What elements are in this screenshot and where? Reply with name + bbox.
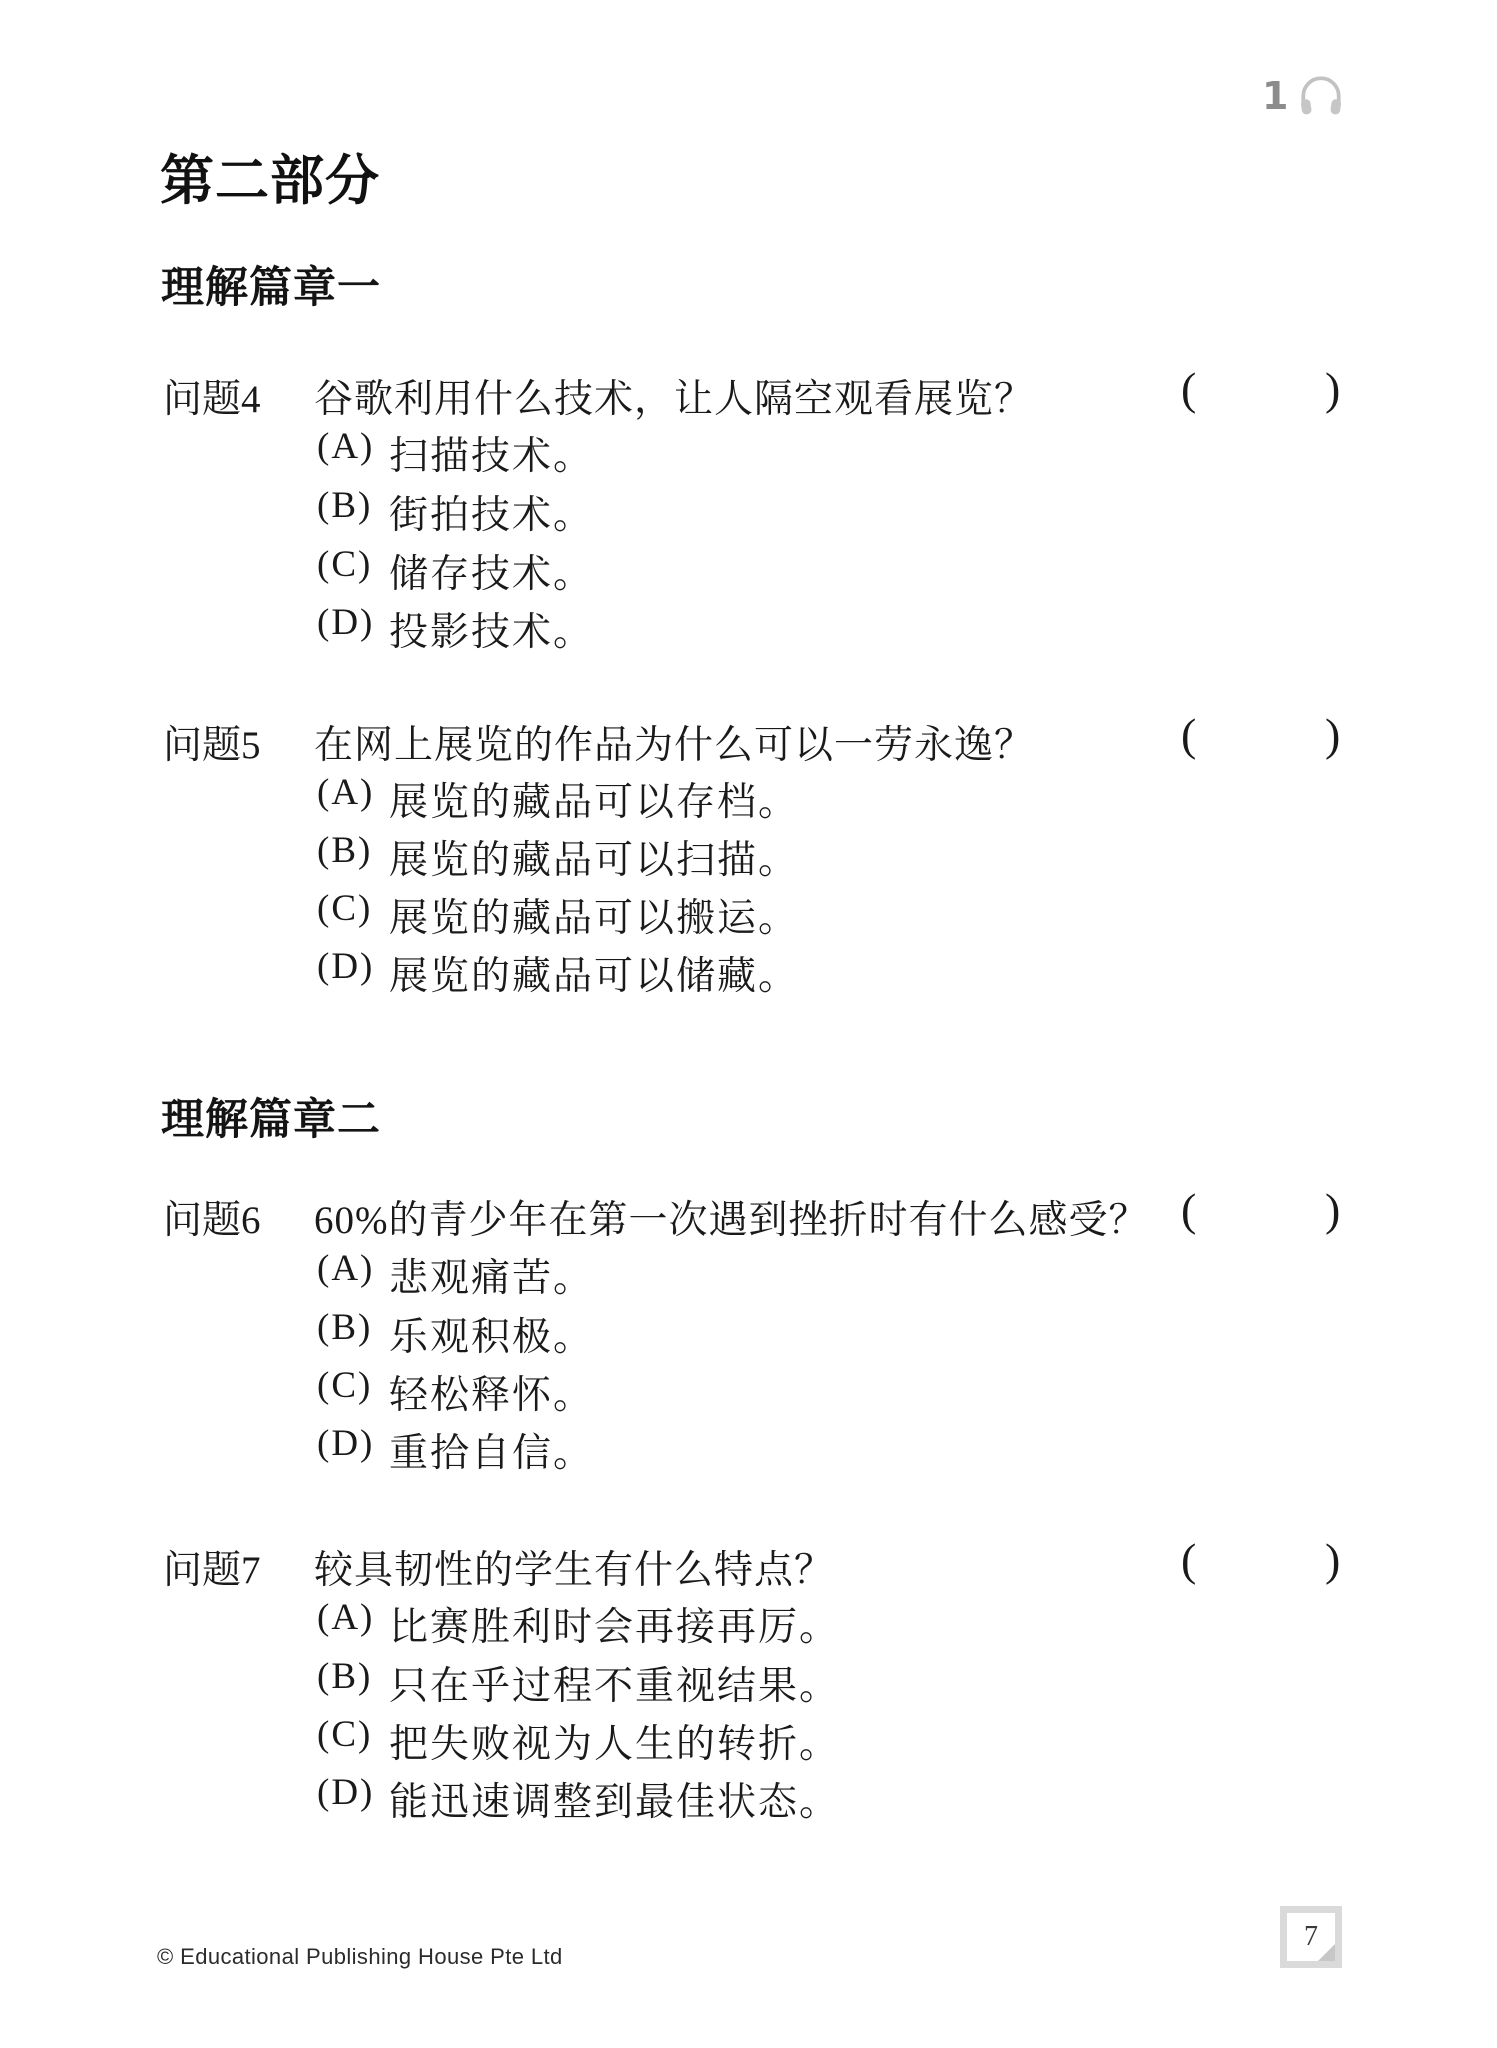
option-letter: (C): [317, 1713, 372, 1756]
option-letter: (D): [317, 1422, 374, 1465]
option-text: 展览的藏品可以扫描。: [389, 829, 799, 885]
question-label: 问题5: [163, 714, 261, 770]
question-text: 在网上展览的作品为什么可以一劳永逸？: [314, 714, 1034, 770]
option-text: 比赛胜利时会再接再厉。: [389, 1596, 840, 1652]
answer-bracket-close: ): [1325, 1533, 1340, 1586]
question-text: 60%的青少年在第一次遇到挫折时有什么感受？: [314, 1189, 1149, 1245]
option-text: 展览的藏品可以搬运。: [389, 887, 799, 943]
question-text: 谷歌利用什么技术，让人隔空观看展览？: [314, 368, 1034, 424]
audio-track-number: 1: [1262, 74, 1288, 118]
section-heading-passage-2: 理解篇章二: [161, 1086, 381, 1147]
answer-bracket-open: (: [1181, 708, 1196, 761]
option-letter: (A): [317, 771, 374, 814]
answer-bracket-close: ): [1325, 708, 1340, 761]
option-text: 只在乎过程不重视结果。: [389, 1655, 840, 1711]
option-letter: (A): [317, 1596, 374, 1639]
option-letter: (A): [317, 425, 374, 468]
option-letter: (C): [317, 887, 372, 930]
option-letter: (A): [317, 1247, 374, 1290]
headphones-icon: [1296, 70, 1346, 122]
option-letter: (C): [317, 543, 372, 586]
option-text: 展览的藏品可以储藏。: [389, 945, 799, 1001]
page-number-box: 7: [1280, 1906, 1342, 1968]
option-text: 把失败视为人生的转折。: [389, 1713, 840, 1769]
answer-bracket-open: (: [1181, 362, 1196, 415]
option-text: 储存技术。: [389, 543, 594, 599]
option-letter: (D): [317, 945, 374, 988]
answer-bracket-open: (: [1181, 1183, 1196, 1236]
option-letter: (B): [317, 1655, 372, 1698]
option-text: 能迅速调整到最佳状态。: [389, 1771, 840, 1827]
option-text: 扫描技术。: [389, 425, 594, 481]
question-label: 问题6: [163, 1189, 261, 1245]
option-text: 乐观积极。: [389, 1306, 594, 1362]
answer-bracket-close: ): [1325, 1183, 1340, 1236]
option-letter: (C): [317, 1364, 372, 1407]
question-label: 问题4: [163, 368, 261, 424]
page-title: 第二部分: [160, 138, 380, 215]
question-label: 问题7: [163, 1539, 261, 1595]
option-text: 重拾自信。: [389, 1422, 594, 1478]
option-text: 悲观痛苦。: [389, 1247, 594, 1303]
option-letter: (B): [317, 829, 372, 872]
option-text: 街拍技术。: [389, 484, 594, 540]
question-text: 较具韧性的学生有什么特点？: [314, 1539, 834, 1595]
option-text: 展览的藏品可以存档。: [389, 771, 799, 827]
copyright-notice: © Educational Publishing House Pte Ltd: [157, 1944, 563, 1970]
page-corner-fold: [1318, 1944, 1335, 1961]
option-letter: (D): [317, 601, 374, 644]
option-letter: (D): [317, 1771, 374, 1814]
option-text: 轻松释怀。: [389, 1364, 594, 1420]
option-letter: (B): [317, 1306, 372, 1349]
answer-bracket-close: ): [1325, 362, 1340, 415]
answer-bracket-open: (: [1181, 1533, 1196, 1586]
option-letter: (B): [317, 484, 372, 527]
section-heading-passage-1: 理解篇章一: [161, 254, 381, 315]
option-text: 投影技术。: [389, 601, 594, 657]
exam-paper-page: 1 第二部分 理解篇章一 问题4 谷歌利用什么技术，让人隔空观看展览？ ( ) …: [0, 0, 1497, 2048]
